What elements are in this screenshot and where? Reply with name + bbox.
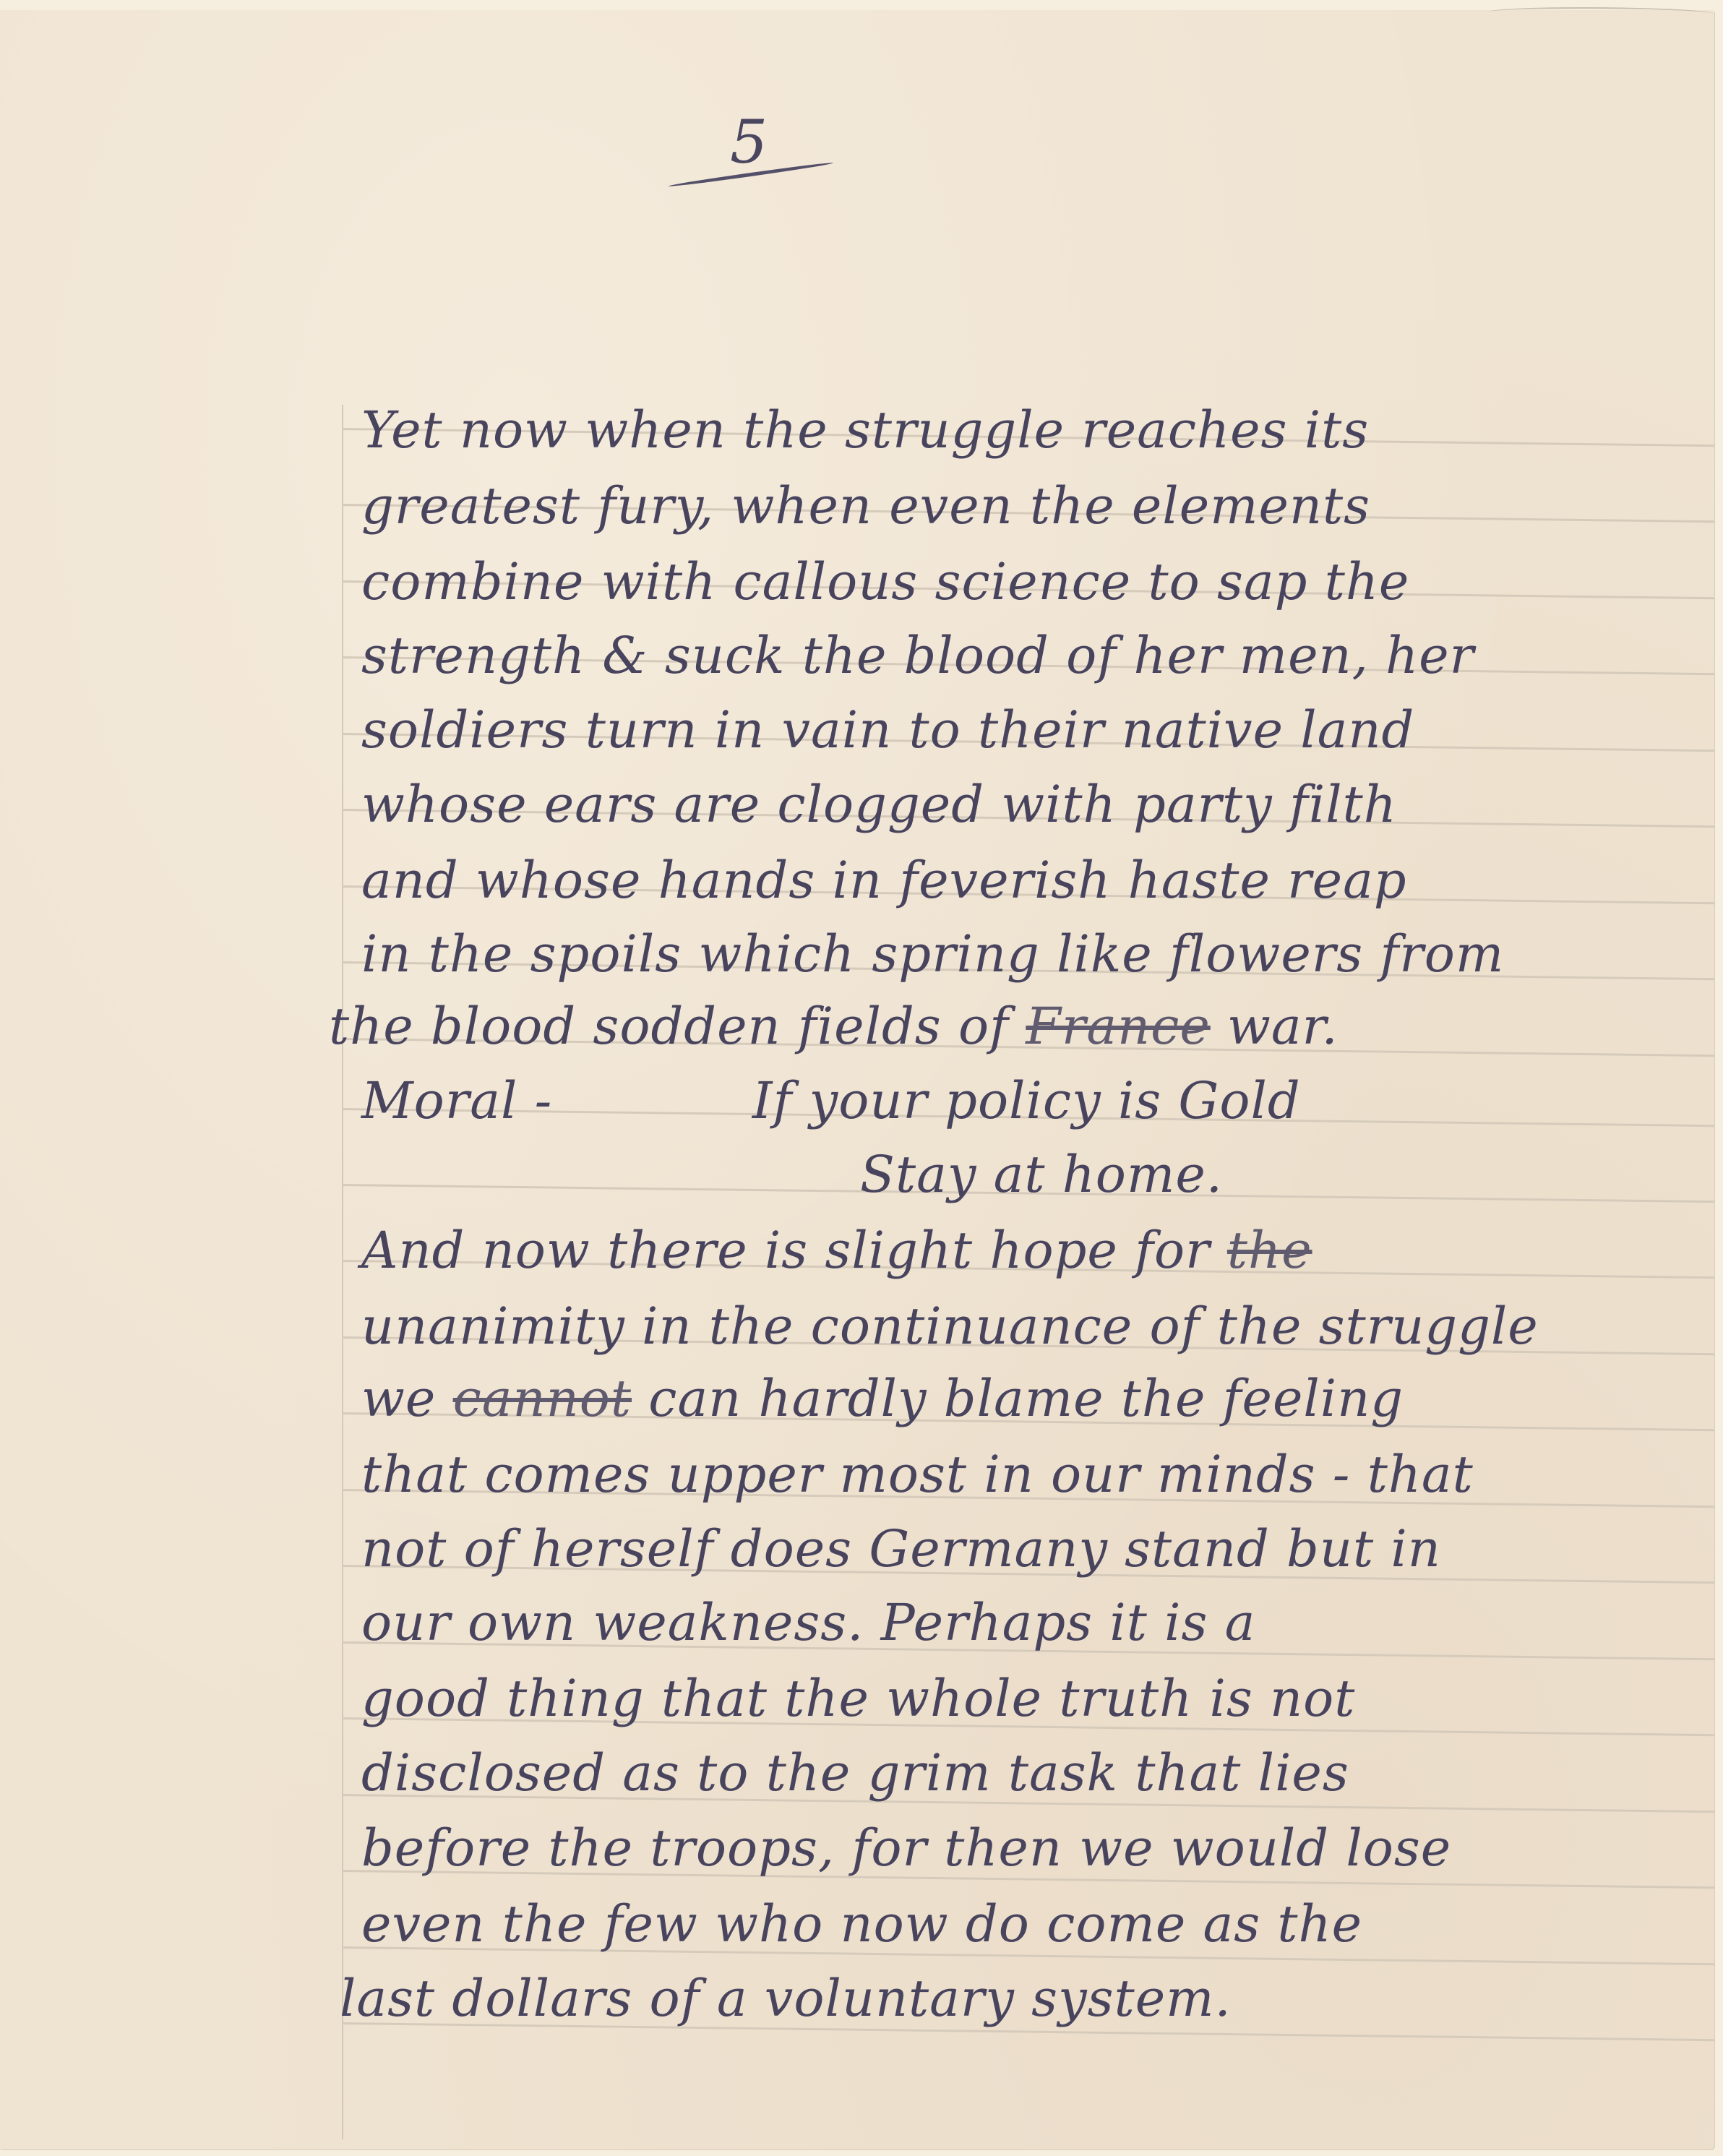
moral-line: Moral - If your policy is Gold bbox=[361, 1075, 1301, 1126]
struck-word: the bbox=[1227, 1221, 1312, 1280]
text-line: strength & suck the blood of her men, he… bbox=[361, 630, 1474, 681]
text-line: the blood sodden fields of France war. bbox=[329, 1001, 1339, 1052]
text-line: good thing that the whole truth is not bbox=[361, 1673, 1355, 1724]
text-line: not of herself does Germany stand but in bbox=[361, 1524, 1441, 1574]
struck-word: France bbox=[1026, 997, 1210, 1056]
margin-rule bbox=[342, 405, 343, 2139]
text-line: Yet now when the struggle reaches its bbox=[361, 405, 1369, 455]
text-fragment: war. bbox=[1211, 997, 1339, 1056]
struck-word: cannot bbox=[453, 1369, 632, 1428]
torn-paper-edge bbox=[1489, 7, 1714, 19]
text-line: whose ears are clogged with party filth bbox=[361, 779, 1397, 830]
text-line: combine with callous science to sap the bbox=[361, 557, 1409, 607]
page-number: 5 bbox=[730, 108, 768, 177]
text-line: and whose hands in feverish haste reap bbox=[361, 855, 1407, 906]
moral-continuation: Stay at home. bbox=[860, 1149, 1223, 1200]
text-line: before the troops, for then we would los… bbox=[361, 1823, 1451, 1873]
text-line: unanimity in the continuance of the stru… bbox=[361, 1301, 1539, 1352]
text-line: our own weakness. Perhaps it is a bbox=[361, 1597, 1255, 1648]
text-fragment: And now there is slight hope for bbox=[361, 1221, 1227, 1280]
text-line: that comes upper most in our minds - tha… bbox=[361, 1449, 1474, 1500]
text-line: we cannot can hardly blame the feeling bbox=[361, 1373, 1404, 1424]
moral-label: Moral - bbox=[361, 1071, 552, 1130]
text-line: And now there is slight hope for the bbox=[361, 1225, 1312, 1276]
text-line: in the spoils which spring like flowers … bbox=[361, 929, 1504, 979]
text-line: disclosed as to the grim task that lies bbox=[361, 1748, 1349, 1798]
text-line: even the few who now do come as the bbox=[361, 1899, 1362, 1949]
moral-text: If your policy is Gold bbox=[752, 1071, 1301, 1130]
text-line: last dollars of a voluntary system. bbox=[340, 1973, 1232, 2024]
text-fragment: can hardly blame the feeling bbox=[632, 1369, 1404, 1428]
text-line: soldiers turn in vain to their native la… bbox=[361, 705, 1414, 755]
text-fragment: we bbox=[361, 1369, 453, 1428]
text-fragment: the blood sodden fields of bbox=[329, 997, 1026, 1056]
text-line: greatest fury, when even the elements bbox=[361, 481, 1370, 531]
